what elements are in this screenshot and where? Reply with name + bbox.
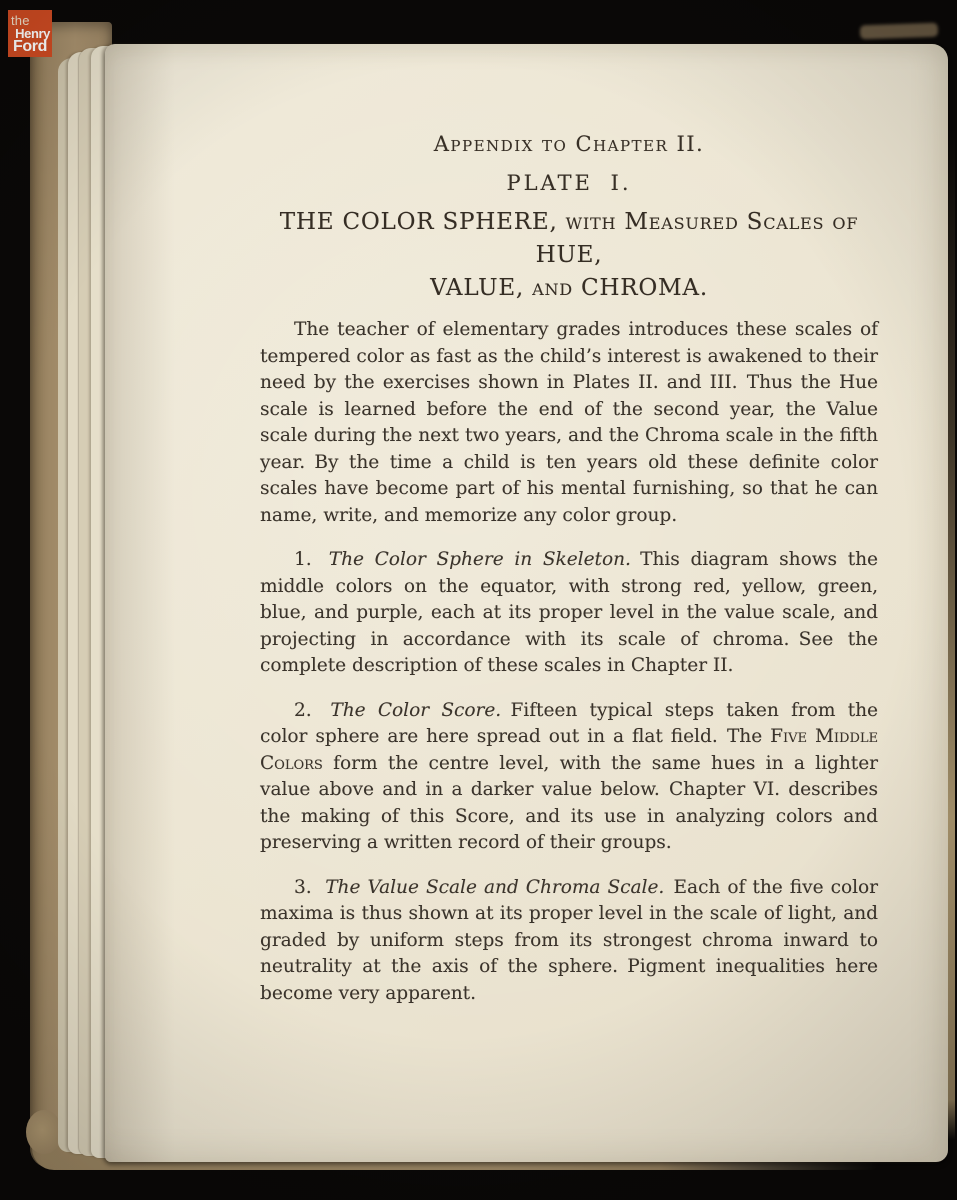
item-body-after: form the centre level, with the same hue…: [260, 753, 878, 854]
page-title-line1: THE COLOR SPHERE, with Measured Scales o…: [280, 209, 858, 268]
item-number: 1.: [294, 549, 312, 570]
logo-text-the: the: [11, 13, 30, 28]
item-title: The Value Scale and Chroma Scale.: [325, 877, 664, 898]
photo-scene: Appendix to Chapter II. PLATE I. THE COL…: [0, 0, 957, 1200]
intro-text: The teacher of elementary grades introdu…: [260, 319, 878, 526]
numbered-paragraph-3: 3. The Value Scale and Chroma Scale.Each…: [260, 875, 878, 1008]
item-title: The Color Score.: [330, 700, 501, 721]
page-title-line2: VALUE, and CHROMA.: [430, 275, 708, 301]
page-title: THE COLOR SPHERE, with Measured Scales o…: [260, 206, 878, 305]
appendix-heading: Appendix to Chapter II.: [260, 132, 878, 157]
page-text-column: Appendix to Chapter II. PLATE I. THE COL…: [260, 132, 878, 1025]
item-number: 3.: [294, 877, 312, 898]
intro-paragraph: The teacher of elementary grades introdu…: [260, 317, 878, 529]
item-number: 2.: [294, 700, 312, 721]
page-fore-edge: [948, 130, 955, 1140]
book-cover-top-edge: [860, 23, 938, 40]
numbered-paragraph-1: 1. The Color Sphere in Skeleton.This dia…: [260, 547, 878, 680]
book-page: Appendix to Chapter II. PLATE I. THE COL…: [105, 44, 948, 1162]
book-cover-corner: [26, 1110, 62, 1154]
numbered-paragraph-2: 2. The Color Score.Fifteen typical steps…: [260, 698, 878, 857]
henry-ford-logo: Henry Ford the: [0, 0, 70, 70]
plate-heading: PLATE I.: [260, 171, 878, 196]
item-title: The Color Sphere in Skeleton.: [329, 549, 631, 570]
logo-text-ford: Ford: [13, 38, 47, 56]
